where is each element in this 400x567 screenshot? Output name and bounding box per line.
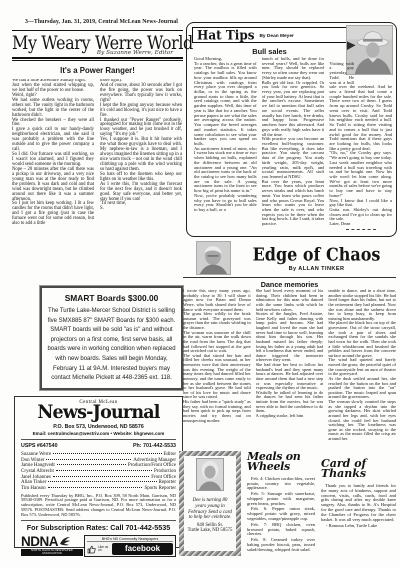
publication-info: Published every Thursday by BHG, Inc., P… — [21, 494, 176, 518]
page-header: 3—Thursday, Jan. 31, 2019, Central McLea… — [25, 19, 178, 25]
facebook-badge-header: BHG's ND Community Newspapers — [87, 537, 173, 543]
staff-list: Suzanne Werre Editor Don Winter Advertis… — [21, 452, 176, 491]
divider — [12, 57, 183, 61]
column-byline: By Dean Meyer — [259, 34, 293, 39]
menu-item: Feb. 5: Sausage with sauerkraut, whipped… — [247, 492, 315, 506]
weary-column: My Weary Werre World By Suzanne Werre, E… — [12, 30, 183, 274]
birthday-photo — [196, 458, 224, 491]
facebook-badge: BHG's ND Community Newspapers Like us on… — [84, 535, 176, 558]
staff-name: Tim Hanson — [21, 486, 46, 492]
menu-item: Feb. 7: BBQ chicken, oven browned potato… — [247, 523, 315, 537]
masthead-name: News-Journal — [21, 405, 176, 422]
dotted-leader — [57, 464, 126, 465]
staff-role: Sports Reporter — [144, 486, 176, 492]
thanks-body: Thank you to family and friends for the … — [321, 484, 396, 523]
column-byline: By ALLAN TINKER — [239, 266, 394, 272]
facebook-wordmark: facebook — [112, 543, 173, 555]
notice-body: The Turtle Lake-Mercer School District i… — [47, 307, 176, 384]
article-text-col1: We had a little adventure Sunday night. … — [12, 79, 94, 274]
divider — [346, 229, 376, 230]
newspaper-page: 3—Thursday, Jan. 31, 2019, Central McLea… — [0, 0, 400, 567]
birthday-message: Dee is turning 80 years young in Februar… — [185, 498, 235, 521]
masthead-address: P.O. Box 573, Underwood, ND 58576 — [21, 424, 176, 430]
dotted-leader — [53, 476, 149, 477]
article-text-col1: Good Morning, To a rancher, this is a gr… — [194, 57, 257, 233]
usps-number: USPS #647540 — [21, 443, 58, 449]
article-text-col1: I wrote this story many years ago, proba… — [183, 289, 251, 449]
article-headline: Dance memories — [183, 277, 396, 289]
article-headline: It's a Power Ranger! — [12, 66, 183, 75]
birthday-address: 840 Sellin St. Turtle Lake, ND 58575 — [185, 523, 235, 533]
subscription-line: For Subscription Rates: Call 701-442-553… — [21, 520, 176, 533]
masthead-box: Central McLean News-Journal P.O. Box 573… — [14, 396, 183, 548]
card-of-thanks: Card of Thanks Thank you to family and f… — [321, 459, 396, 528]
ndna-wordmark: NDNA — [21, 536, 58, 548]
menu-item: Feb. 6: Pepper onion steak, whipped pota… — [247, 507, 315, 521]
staff-row: Tim Hanson Sports Reporter — [21, 486, 176, 492]
article-text-col2: She had loved every moment of his daring… — [256, 289, 324, 449]
ndna-logo: NDNA NORTH DAKOTA NEWSPAPER ASSOCIATION — [21, 536, 83, 555]
edge-of-chaos-header: Edge of Chaos By ALLAN TINKER — [196, 241, 394, 275]
smart-boards-notice: SMART Boards $300.00 The Turtle Lake-Mer… — [40, 286, 183, 390]
dotted-leader — [46, 459, 131, 460]
photo-spacer — [354, 62, 392, 81]
hat-tips-header-bar: Hat Tips By Dean Meyer — [192, 27, 347, 43]
columnist-photo — [196, 241, 231, 275]
phone-number: Ph: 701-442-5533 — [133, 443, 176, 449]
menu-list: Feb. 4: Chicken cordon bleu, sweet potat… — [247, 477, 315, 552]
dotted-leader — [48, 487, 143, 488]
article-text-col2: more light). And of course, about 30 sec… — [100, 79, 182, 274]
column-masthead-title: My Weary Werre World — [12, 32, 183, 54]
like-us-label: Like us on — [98, 546, 110, 552]
article-text-col3: Visiting with a guy yesterday, Todd. He … — [329, 57, 392, 233]
dotted-leader — [53, 453, 161, 454]
birthday-ad: Dee is turning 80 years young in Februar… — [179, 451, 241, 556]
meals-on-wheels: Meals on Wheels Feb. 4: Chicken cordon b… — [247, 452, 315, 553]
notice-title: SMART Boards $300.00 — [47, 293, 176, 303]
section-title: Card of Thanks — [321, 459, 396, 480]
menu-item: Feb. 4: Chicken cordon bleu, sweet potat… — [247, 477, 315, 491]
section-title: Meals on Wheels — [247, 452, 315, 473]
dotted-leader — [48, 481, 156, 482]
thumbs-up-icon — [87, 545, 96, 554]
article-headline: Bull sales — [192, 47, 347, 56]
column-title: Edge of Chaos — [239, 244, 394, 265]
dotted-leader — [56, 470, 152, 471]
hat-tips-column: Hat Tips By Dean Meyer Bull sales Good M… — [186, 22, 397, 237]
ndna-subtitle: NORTH DAKOTA NEWSPAPER ASSOCIATION — [21, 549, 83, 556]
article-text-col2: bunch of bulls, and be done for several … — [262, 57, 325, 233]
eagle-icon — [59, 536, 71, 547]
masthead-contact: Email: centralmclean@westriv.com • Websi… — [21, 431, 176, 436]
article-text-col3: unable to dance, and in a short time, an… — [328, 289, 396, 455]
thanks-signature: - Ramona Lehn, Turtle Lake — [321, 523, 396, 528]
column-title: Hat Tips — [197, 27, 254, 42]
menu-item: Feb. 8: Creamed turkey over baking powde… — [247, 538, 315, 552]
